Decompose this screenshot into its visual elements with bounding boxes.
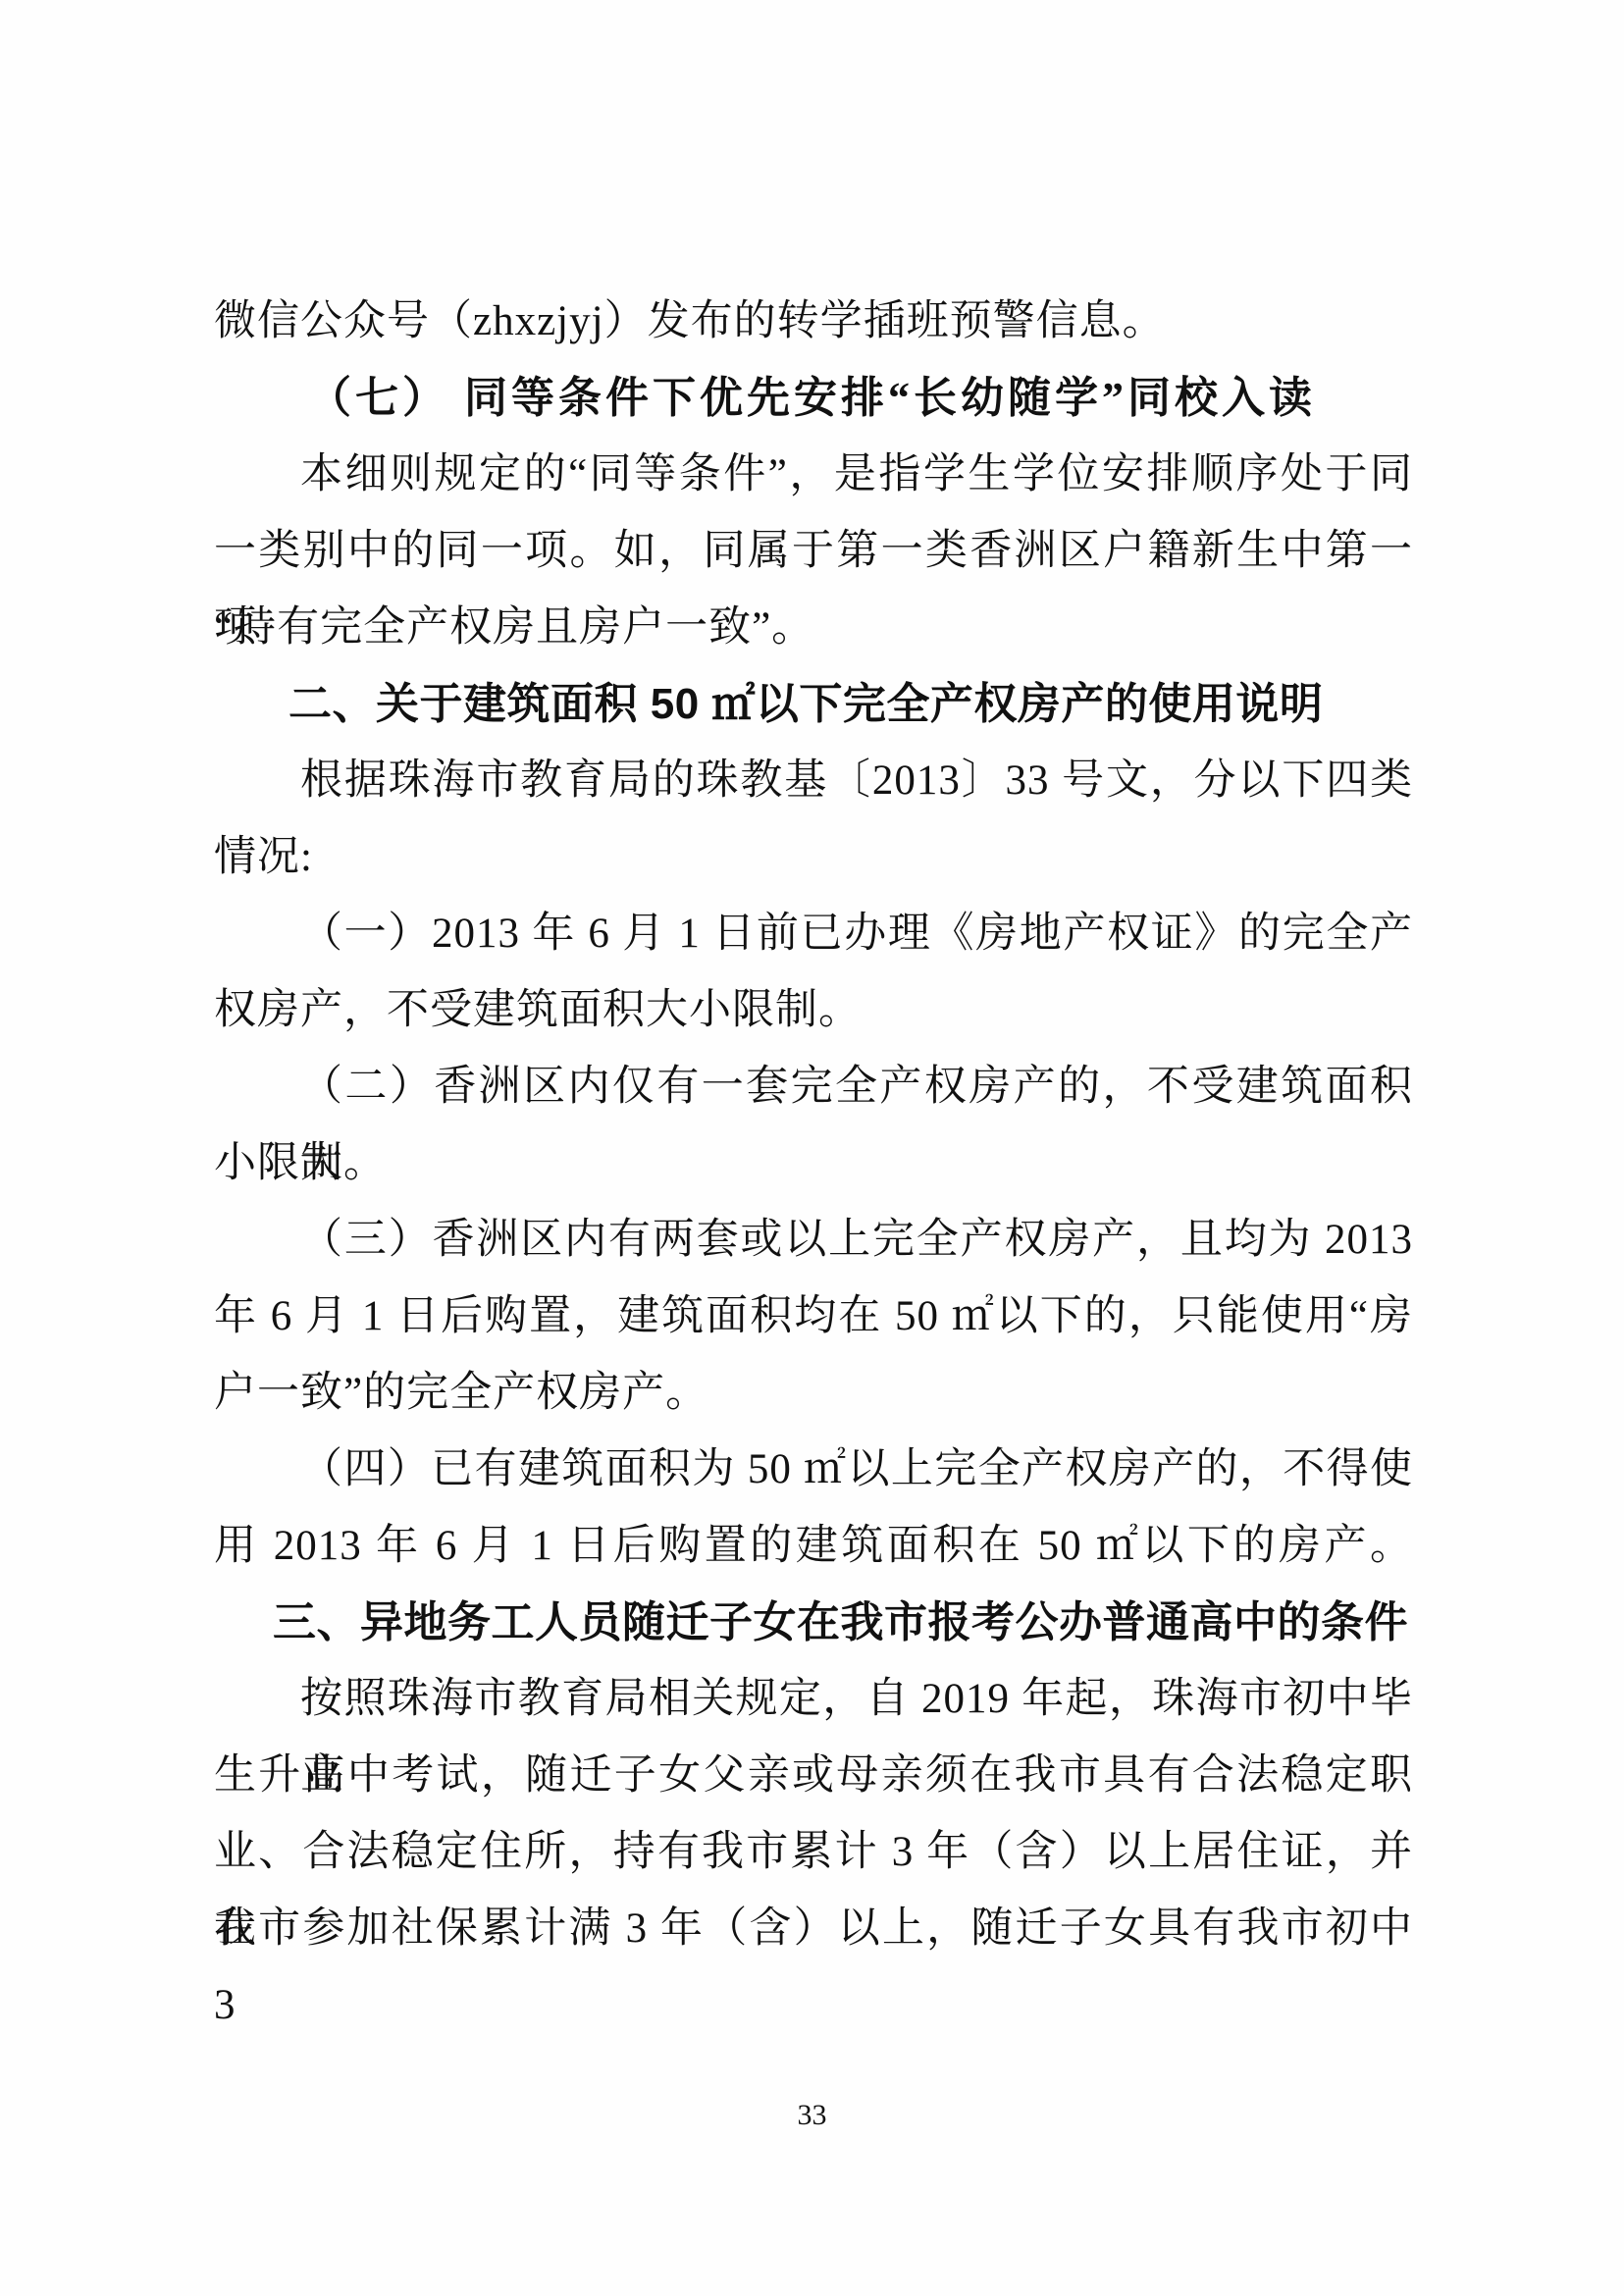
section-heading-3: 三、异地务工人员随迁子女在我市报考公办普通高中的条件 [214, 1585, 1413, 1661]
body-line: 按照珠海市教育局相关规定，自 2019 年起，珠海市初中毕业 [214, 1661, 1413, 1738]
document-body: 微信公众号（zhxzjyj）发布的转学插班预警信息。 （七） 同等条件下优先安排… [214, 284, 1413, 1967]
section-heading-7: （七） 同等条件下优先安排“长幼随学”同校入读 [214, 360, 1413, 437]
body-line: 本细则规定的“同等条件”，是指学生学位安排顺序处于同 [214, 437, 1413, 513]
body-line: 微信公众号（zhxzjyj）发布的转学插班预警信息。 [214, 284, 1413, 360]
body-line: 业、合法稳定住所，持有我市累计 3 年（含）以上居住证，并在 [214, 1814, 1413, 1891]
document-page: 微信公众号（zhxzjyj）发布的转学插班预警信息。 （七） 同等条件下优先安排… [0, 0, 1624, 2296]
body-line: （一）2013 年 6 月 1 日前已办理《房地产权证》的完全产 [214, 896, 1413, 972]
body-line: 年 6 月 1 日后购置，建筑面积均在 50 ㎡以下的，只能使用“房 [214, 1278, 1413, 1355]
page-number: 33 [798, 2099, 827, 2131]
body-line: 我市参加社保累计满 3 年（含）以上，随迁子女具有我市初中 3 [214, 1891, 1413, 1967]
section-heading-2: 二、关于建筑面积 50 ㎡以下完全产权房产的使用说明 [214, 666, 1413, 743]
body-line: 户一致”的完全产权房产。 [214, 1355, 1413, 1432]
body-line: （二）香洲区内仅有一套完全产权房产的，不受建筑面积大 [214, 1049, 1413, 1125]
body-line: 一类别中的同一项。如，同属于第一类香洲区户籍新生中第一项 [214, 513, 1413, 590]
body-line: 情况: [214, 819, 1413, 896]
body-line: “持有完全产权房且房户一致”。 [214, 590, 1413, 666]
body-line: 根据珠海市教育局的珠教基〔2013〕33 号文，分以下四类 [214, 743, 1413, 819]
body-line: 权房产，不受建筑面积大小限制。 [214, 972, 1413, 1049]
body-line: 小限制。 [214, 1125, 1413, 1202]
body-line: 用 2013 年 6 月 1 日后购置的建筑面积在 50 ㎡以下的房产。 [214, 1508, 1413, 1585]
page-footer: 33 [0, 2096, 1624, 2135]
body-line: 生升高中考试，随迁子女父亲或母亲须在我市具有合法稳定职 [214, 1738, 1413, 1814]
body-line: （四）已有建筑面积为 50 ㎡以上完全产权房产的，不得使 [214, 1432, 1413, 1508]
body-line: （三）香洲区内有两套或以上完全产权房产，且均为 2013 [214, 1202, 1413, 1278]
